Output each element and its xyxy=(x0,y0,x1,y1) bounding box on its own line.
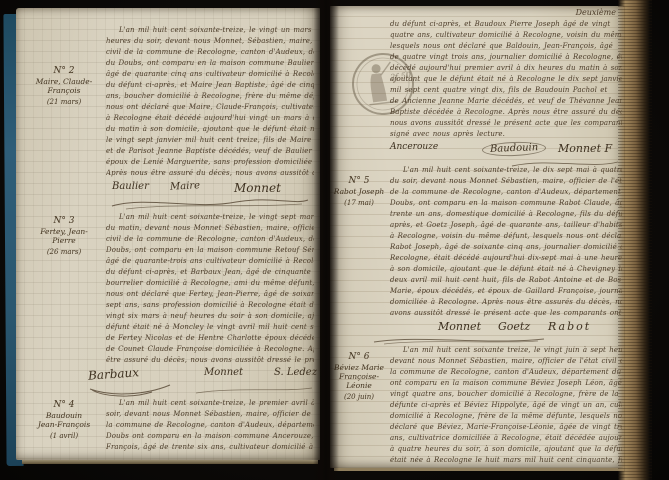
margin-note-entry-3: N° 3 Fertey, Jean- Pierre (26 mars) xyxy=(22,216,106,257)
margin-note-entry-6: N° 6 Béviez Marie Françoise-Léonie (20 j… xyxy=(331,352,387,402)
manuscript-line: du matin à son domicile, ajoutant que le… xyxy=(106,124,314,135)
manuscript-line: domicilié à Recologne, frère de la même … xyxy=(390,411,622,422)
manuscript-line: à quatre heures du soir, à son domicile,… xyxy=(390,444,622,455)
left-page: N° 2 Maire, Claude- François (21 mars) L… xyxy=(16,8,320,460)
manuscript-line: civil de la commune de Recologne, canton… xyxy=(106,47,314,58)
entry-name: Baudouin xyxy=(22,411,106,420)
entry-name: Béviez Marie xyxy=(331,363,387,372)
signature: S. Ledez xyxy=(274,367,317,378)
manuscript-line: de Counet Claude Françoise domiciliée à … xyxy=(106,344,314,355)
manuscript-line: Marie, époux décédés, et époux de Gailla… xyxy=(390,286,622,297)
signature: Rabot xyxy=(548,320,591,333)
manuscript-line: Rabot Joseph, âgé de soixante cinq ans, … xyxy=(390,242,622,253)
signature: Maire xyxy=(170,180,201,193)
manuscript-line: était née à Recologne le huit mars mil h… xyxy=(390,455,622,466)
manuscript-line: L'an mil huit cent soixante-treize, le v… xyxy=(106,212,314,223)
manuscript-line: signé avec nous après lecture. xyxy=(390,129,622,140)
signature: Monnet F xyxy=(558,142,612,155)
entry-date: (20 juin) xyxy=(331,390,387,402)
signature-row-entry-2: Baulier Maire Monnet xyxy=(106,181,316,211)
entry-number: N° 5 xyxy=(331,176,387,187)
margin-note-entry-4: N° 4 Baudouin Jean-François (1 avril) xyxy=(22,400,106,441)
manuscript-line: soir, devant nous Monnet Sébastien, mair… xyxy=(106,409,314,420)
signature: Baulier xyxy=(112,181,149,192)
manuscript-line: domiciliée à Recologne. Après nous être … xyxy=(390,297,622,308)
manuscript-line: du Doubs, ont comparu en la maison commu… xyxy=(106,58,314,69)
manuscript-line: Doubs ont comparu en la maison commune A… xyxy=(106,431,314,442)
manuscript-line: L'an mil huit cent soixante-treize, le v… xyxy=(106,25,314,36)
manuscript-line: Recologne, était décédé aujourd'hui dix-… xyxy=(390,253,622,264)
manuscript-entry-5: L'an mil huit cent soixante-treize, le d… xyxy=(390,165,622,320)
entry-date: (17 mai) xyxy=(331,196,387,208)
manuscript-line: vingt six mars à neuf heures du soir à s… xyxy=(106,311,314,322)
manuscript-entry-4: L'an mil huit cent soixante-treize, le p… xyxy=(106,398,314,456)
signature-row-entry-3: Barbaux Monnet S. Ledez xyxy=(86,367,322,397)
manuscript-line: deux avril mil huit cent huit, fils de R… xyxy=(390,275,622,286)
manuscript-line: lesquels nous ont déclaré que Baldouin, … xyxy=(390,41,622,52)
right-page: Deuxième 2f 50 du défunt ci-après, et Ba… xyxy=(330,6,624,468)
entry-number: N° 6 xyxy=(331,352,387,363)
folio-corner-label: Deuxième xyxy=(576,8,616,17)
manuscript-line: du défunt ci-après, et Barbaux Jean, âgé… xyxy=(106,267,314,278)
manuscript-line: Baptiste décédée à Recologne. Après nous… xyxy=(390,107,622,118)
manuscript-line: du soir, devant nous Monnet Sébastien, m… xyxy=(390,176,622,187)
signature-flourish xyxy=(106,194,311,211)
manuscript-line: quatre ans, cultivateur domicilié à Reco… xyxy=(390,30,622,41)
manuscript-line: avons aussitôt dressé le présent acte qu… xyxy=(390,308,622,319)
entry-number: N° 4 xyxy=(22,400,106,411)
manuscript-line: de quatre vingt trois ans, journalier do… xyxy=(390,52,622,63)
manuscript-line: trente un ans, domestique domicilié à Re… xyxy=(390,209,622,220)
entry-name: Rabot Joseph xyxy=(331,187,387,196)
manuscript-line: L'an mil huit cent soixante treize, le v… xyxy=(390,345,622,356)
signature-row-entry-5: Monnet Goetz Rabot xyxy=(390,320,622,344)
manuscript-line: ans, boucher domicilié à Recologne, frèr… xyxy=(106,91,314,102)
entry-name: Fertey, Jean- xyxy=(22,227,106,236)
manuscript-entry-2: L'an mil huit cent soixante-treize, le v… xyxy=(106,25,314,180)
entry-number: N° 2 xyxy=(22,66,106,77)
manuscript-line: âgé de quarante cinq ans cultivateur dom… xyxy=(106,69,314,80)
manuscript-line: Doubs, ont comparu en la maison commune … xyxy=(390,198,622,209)
entry-name: Jean-François xyxy=(22,420,106,429)
manuscript-line: civil de la commune de Recologne, canton… xyxy=(106,234,314,245)
book-gutter-shadow xyxy=(313,0,339,480)
manuscript-line: L'an mil huit cent soixante-treize, le d… xyxy=(390,165,622,176)
manuscript-line: le vingt sept janvier mil huit cent trei… xyxy=(106,135,314,146)
manuscript-line: à Recologne était décédé aujourd'hui vin… xyxy=(106,113,314,124)
manuscript-line: après, et Goetz Joseph, âgé de quarante … xyxy=(390,220,622,231)
manuscript-line: mil sept cent quatre vingt dix, fils de … xyxy=(390,85,622,96)
manuscript-entry-6: L'an mil huit cent soixante treize, le v… xyxy=(390,345,622,467)
entry-date: (26 mars) xyxy=(22,245,106,257)
signature-flourish xyxy=(86,379,316,397)
manuscript-line: nous avons aussitôt dressé le présent ac… xyxy=(390,118,622,129)
manuscript-line: la commune de Recologne, canton d'Audeux… xyxy=(390,367,622,378)
manuscript-line: époux de Lenié Marguerite, sans professi… xyxy=(106,157,314,168)
manuscript-line: ont comparu en la maison commune Béviez … xyxy=(390,378,622,389)
manuscript-line: de la commune de Recologne, canton d'Aud… xyxy=(390,187,622,198)
manuscript-line: François, âgé de trente six ans, cultiva… xyxy=(106,442,314,453)
manuscript-line: du défunt ci-après, et Maire Jean Baptis… xyxy=(106,80,314,91)
manuscript-line: L'an mil huit cent soixante-treize, le p… xyxy=(106,398,314,409)
manuscript-line: de Fertey Nicolas et de Hentre Charlotte… xyxy=(106,333,314,344)
manuscript-line: Doubs, ont comparu en la maison commune … xyxy=(106,245,314,256)
signature: Baudouin xyxy=(482,141,547,157)
manuscript-line: ans, cultivatrice domiciliée à Recologne… xyxy=(390,433,622,444)
entry-name: François xyxy=(22,86,106,95)
manuscript-line: du matin, devant nous Monnet Sébastien, … xyxy=(106,223,314,234)
signature: Goetz xyxy=(498,320,530,333)
manuscript-line: à son domicile, ajoutant que le défunt é… xyxy=(390,264,622,275)
margin-note-entry-5: N° 5 Rabot Joseph (17 mai) xyxy=(331,176,387,208)
manuscript-line: nous ont déclaré que Fertey, Jean-Pierre… xyxy=(106,289,314,300)
manuscript-line: Après nous être assuré du décès, nous av… xyxy=(106,168,314,179)
signature: Monnet xyxy=(234,181,281,195)
signature: Ancerouze xyxy=(390,142,438,152)
entry-date: (1 avril) xyxy=(22,429,106,441)
manuscript-line: défunt était né à Moncley le vingt avril… xyxy=(106,322,314,333)
manuscript-line: sept ans, sans profession domicilié à Re… xyxy=(106,300,314,311)
manuscript-line: la commune de Recologne, canton d'Audeux… xyxy=(106,420,314,431)
manuscript-line: et de Parisot Jeanne Baptiste décédés, v… xyxy=(106,146,314,157)
entry-name: Maire, Claude- xyxy=(22,77,106,86)
manuscript-line: à Recologne, voisin du même défunt, lesq… xyxy=(390,231,622,242)
manuscript-entry-4-continued: du défunt ci-après, et Baudoux Pierre Jo… xyxy=(390,19,622,141)
manuscript-line: nous ont déclaré que Maire, Claude-Franç… xyxy=(106,102,314,113)
manuscript-line: ajoutant que le défunt était né à Recolo… xyxy=(390,74,622,85)
manuscript-line: devant nous Monnet Sébastien, maire, off… xyxy=(390,356,622,367)
signature: Monnet xyxy=(204,367,243,378)
manuscript-line: du défunt ci-après, et Baudoux Pierre Jo… xyxy=(390,19,622,30)
manuscript-line: vingt quatre ans, boucher domicilié à Re… xyxy=(390,389,622,400)
manuscript-line: âgé de quarante-trois ans cultivateur do… xyxy=(106,256,314,267)
manuscript-line: bourrelier domicilié à Recologne, ami du… xyxy=(106,278,314,289)
manuscript-line: défunte ci-après et Béviez Hippolyte, âg… xyxy=(390,400,622,411)
page-fore-edge xyxy=(618,0,652,480)
signature: Monnet xyxy=(438,320,481,333)
entry-number: N° 3 xyxy=(22,216,106,227)
manuscript-line: décédé aujourd'hui premier avril à dix h… xyxy=(390,63,622,74)
manuscript-entry-3: L'an mil huit cent soixante-treize, le v… xyxy=(106,212,314,367)
register-photo: N° 2 Maire, Claude- François (21 mars) L… xyxy=(0,0,669,480)
entry-name: Françoise-Léonie xyxy=(331,372,387,390)
manuscript-line: de Ancienne Jeanne Marie décédés, et veu… xyxy=(390,96,622,107)
manuscript-line: heures du soir, devant nous Monnet, Séba… xyxy=(106,36,314,47)
margin-note-entry-2: N° 2 Maire, Claude- François (21 mars) xyxy=(22,66,106,107)
entry-name: Pierre xyxy=(22,236,106,245)
entry-date: (21 mars) xyxy=(22,95,106,107)
manuscript-line: déclaré que Béviez, Marie-Françoise-Léon… xyxy=(390,422,622,433)
